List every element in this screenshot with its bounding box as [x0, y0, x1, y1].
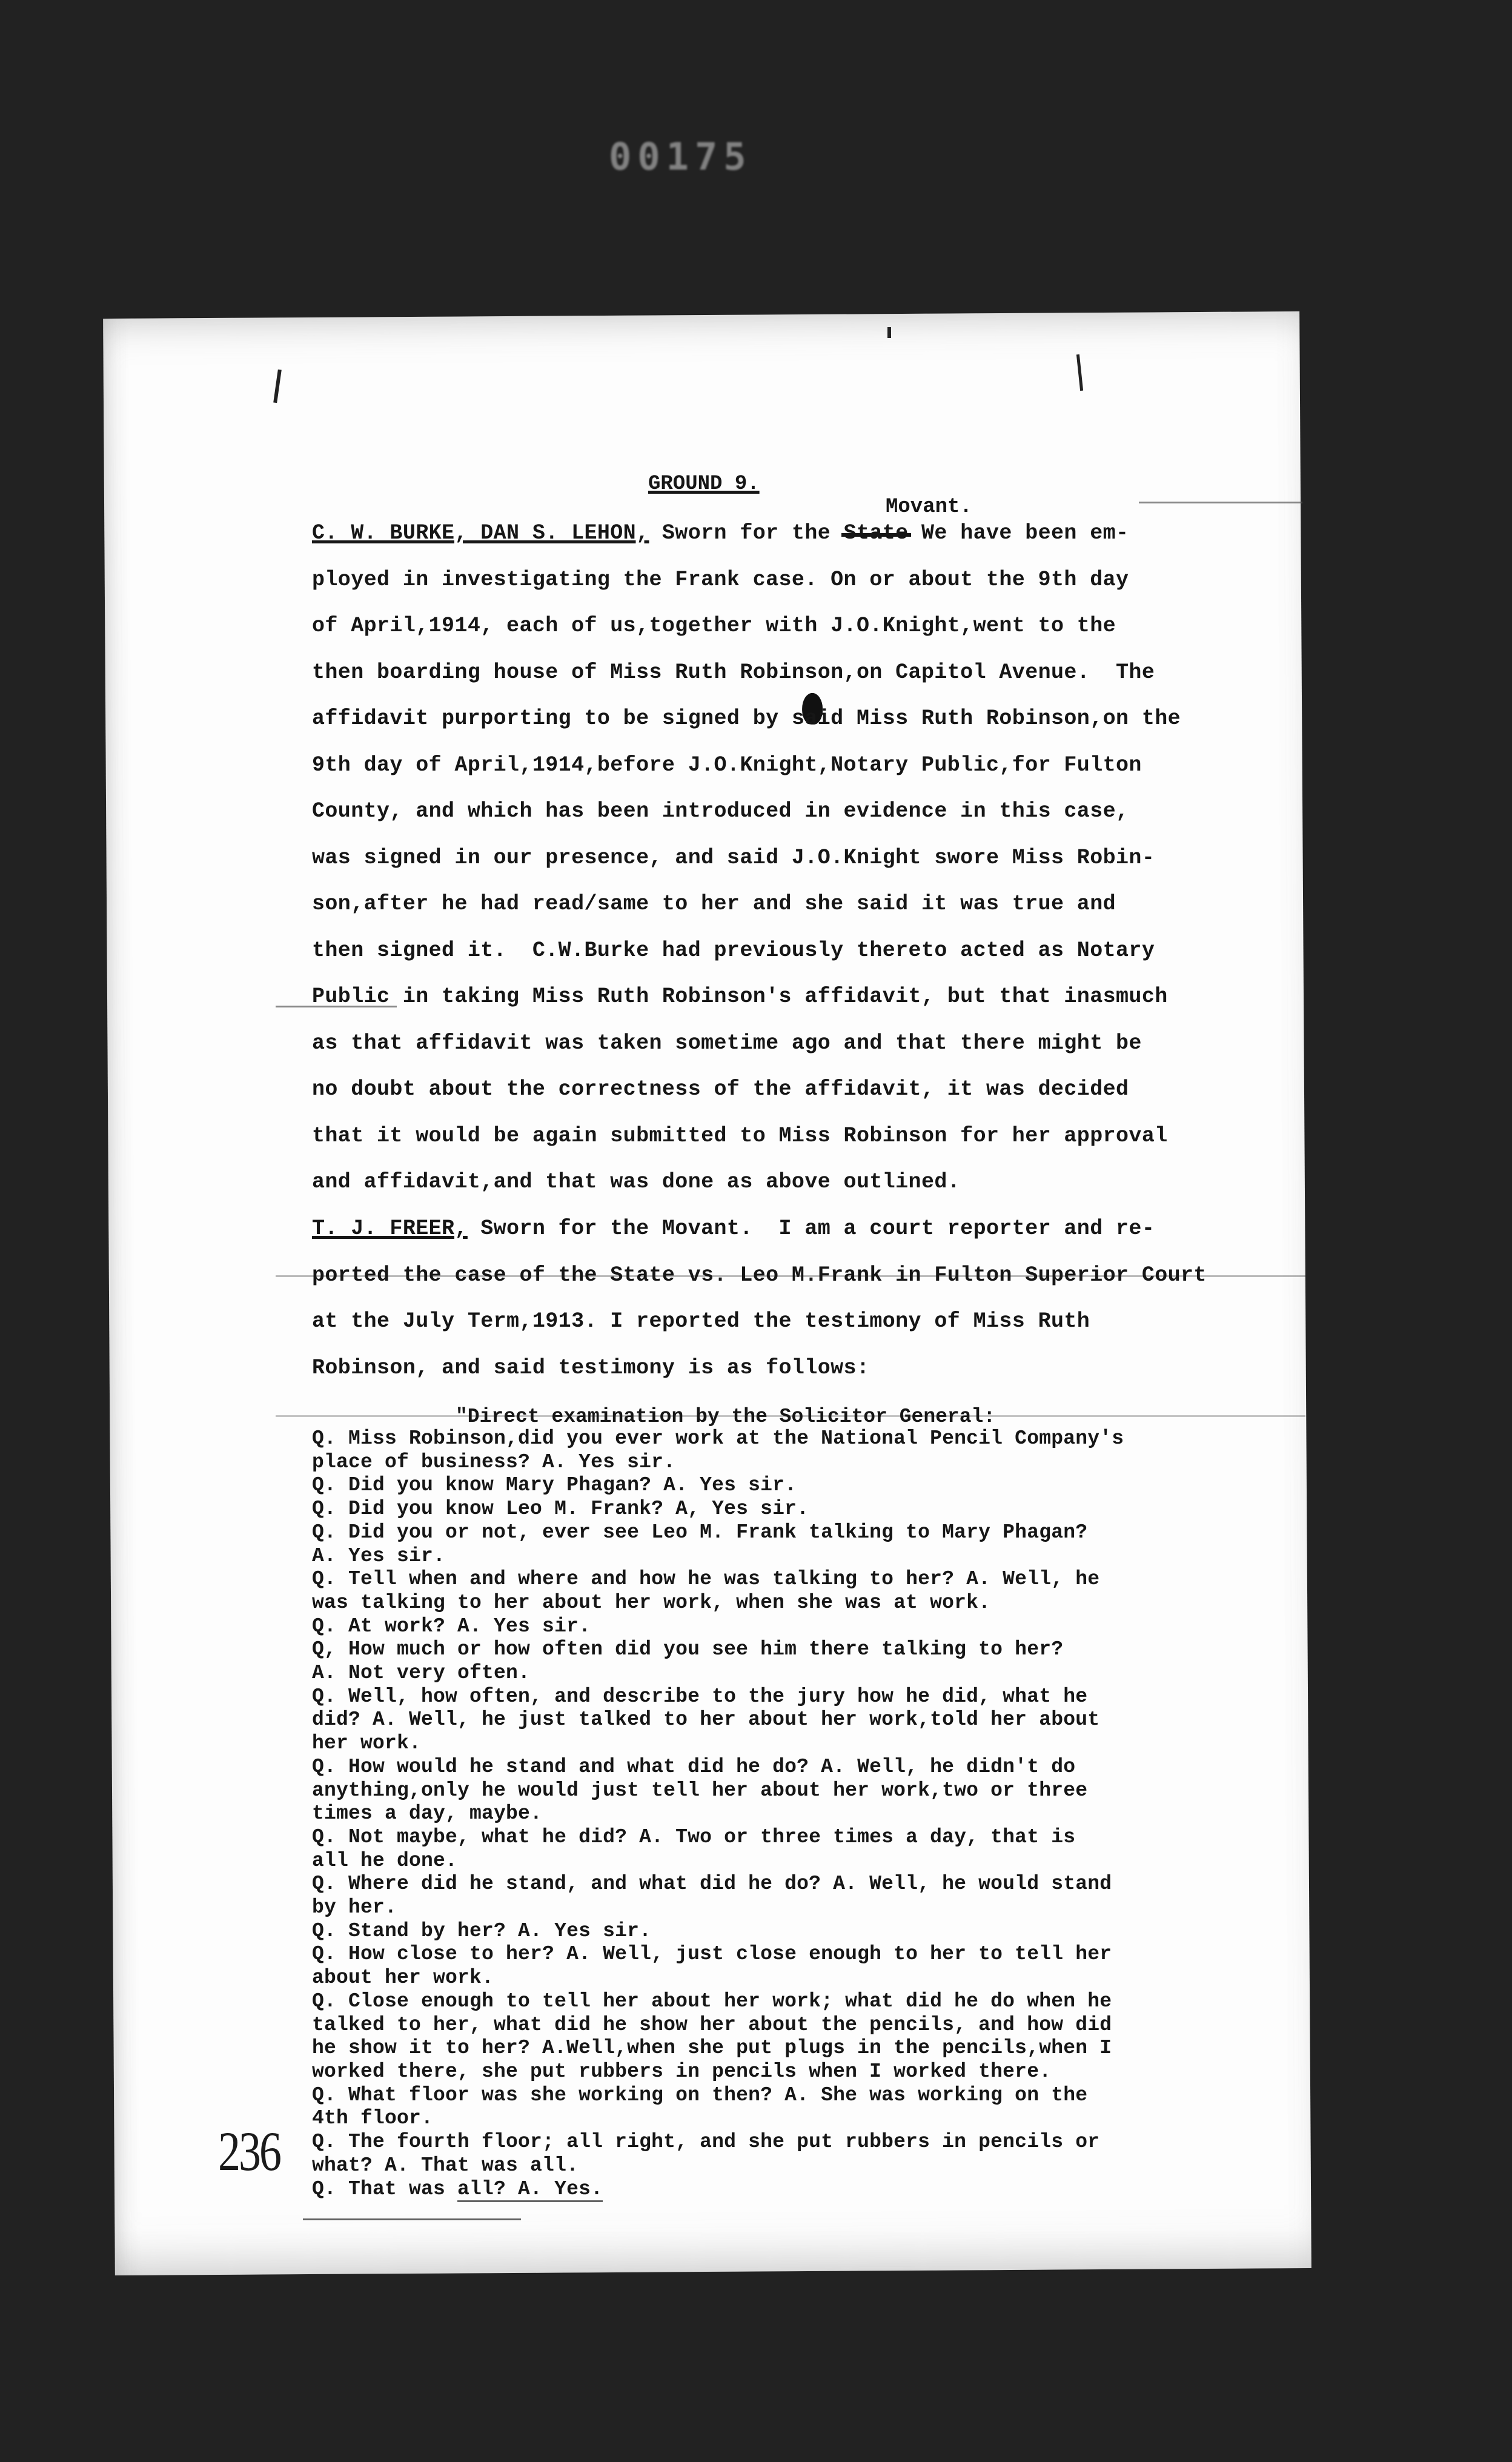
- examination-heading: "Direct examination by the Solicitor Gen…: [456, 1405, 995, 1428]
- qa-line: Q. How close to her? A. Well, just close…: [312, 1943, 1293, 1966]
- text-line: as that affidavit was taken sometime ago…: [312, 1020, 1281, 1067]
- qa-line: Q. Where did he stand, and what did he d…: [312, 1873, 1293, 1896]
- witness-name: T. J. FREER,: [312, 1216, 468, 1241]
- rule-line: [303, 2218, 521, 2220]
- text-line: County, and which has been introduced in…: [312, 788, 1281, 835]
- qa-line: by her.: [312, 1896, 1293, 1920]
- qa-line: Q. Not maybe, what he did? A. Two or thr…: [312, 1826, 1293, 1850]
- first-line: C. W. BURKE, DAN S. LEHON, Sworn for the…: [312, 510, 1281, 557]
- text-line: then signed it. C.W.Burke had previously…: [312, 927, 1281, 974]
- qa-line: about her work.: [312, 1966, 1293, 1990]
- qa-line: place of business? A. Yes sir.: [312, 1451, 1293, 1475]
- freer-testimony: T. J. FREER, Sworn for the Movant. I am …: [312, 1206, 1281, 1391]
- text-line: Robinson, and said testimony is as follo…: [312, 1345, 1281, 1392]
- ground-heading: GROUND 9.: [648, 473, 760, 496]
- qa-line: Q. At work? A. Yes sir.: [312, 1615, 1293, 1639]
- qa-line: Q. Stand by her? A. Yes sir.: [312, 1920, 1293, 1943]
- sworn-text: Sworn for the Movant. I am a court repor…: [468, 1216, 1155, 1241]
- text-line: was signed in our presence, and said J.O…: [312, 835, 1281, 881]
- qa-line: Q. Did you know Mary Phagan? A. Yes sir.: [312, 1474, 1293, 1498]
- qa-line: he show it to her? A.Well,when she put p…: [312, 2037, 1293, 2060]
- qa-line: talked to her, what did he show her abou…: [312, 2014, 1293, 2037]
- witness-names: C. W. BURKE, DAN S. LEHON,: [312, 521, 649, 545]
- text-line: that it would be again submitted to Miss…: [312, 1113, 1281, 1160]
- qa-line: all he done.: [312, 1850, 1293, 1873]
- qa-line: Q. Miss Robinson,did you ever work at th…: [312, 1427, 1293, 1451]
- text-line: ployed in investigating the Frank case. …: [312, 557, 1281, 603]
- text-line: of April,1914, each of us,together with …: [312, 603, 1281, 649]
- film-frame-number: 00175: [609, 134, 752, 179]
- qa-line: Q. How would he stand and what did he do…: [312, 1756, 1293, 1779]
- text-line: affidavit purporting to be signed by sai…: [312, 695, 1281, 742]
- qa-line: 4th floor.: [312, 2107, 1293, 2131]
- qa-line: Q. Close enough to tell her about her wo…: [312, 1990, 1293, 2014]
- rule-line: [1139, 502, 1302, 503]
- text-line: no doubt about the correctness of the af…: [312, 1066, 1281, 1113]
- qa-line: Q. The fourth floor; all right, and she …: [312, 2131, 1293, 2154]
- struck-word: State: [844, 521, 909, 545]
- examination-transcript: Q. Miss Robinson,did you ever work at th…: [312, 1427, 1293, 2201]
- sworn-text-rest: We have been em-: [909, 521, 1129, 545]
- text-line: son,after he had read/same to her and sh…: [312, 881, 1281, 927]
- sworn-text: Sworn for the: [649, 521, 844, 545]
- qa-line: Q. Well, how often, and describe to the …: [312, 1685, 1293, 1709]
- margin-mark: [887, 327, 891, 338]
- qa-line: A. Yes sir.: [312, 1545, 1293, 1568]
- qa-line: did? A. Well, he just talked to her abou…: [312, 1708, 1293, 1732]
- qa-line: anything,only he would just tell her abo…: [312, 1779, 1293, 1803]
- qa-line: what? A. That was all.: [312, 2154, 1293, 2178]
- burke-lehon-testimony: C. W. BURKE, DAN S. LEHON, Sworn for the…: [312, 510, 1281, 1206]
- text-line: and affidavit,and that was done as above…: [312, 1159, 1281, 1206]
- qa-line: worked there, she put rubbers in pencils…: [312, 2060, 1293, 2084]
- first-line: T. J. FREER, Sworn for the Movant. I am …: [312, 1206, 1281, 1252]
- text-line: Public in taking Miss Ruth Robinson's af…: [312, 974, 1281, 1020]
- qa-line: Q. Did you know Leo M. Frank? A, Yes sir…: [312, 1498, 1293, 1521]
- text-line: at the July Term,1913. I reported the te…: [312, 1298, 1281, 1345]
- page-number: 236: [218, 2120, 280, 2184]
- qa-line: A. Not very often.: [312, 1662, 1293, 1685]
- text-line: 9th day of April,1914,before J.O.Knight,…: [312, 742, 1281, 789]
- qa-line: Q. Did you or not, ever see Leo M. Frank…: [312, 1521, 1293, 1545]
- qa-line: times a day, maybe.: [312, 1802, 1293, 1826]
- qa-line: Q. That was all? A. Yes.: [312, 2178, 1293, 2202]
- qa-line: was talking to her about her work, when …: [312, 1591, 1293, 1615]
- qa-line: Q, How much or how often did you see him…: [312, 1638, 1293, 1662]
- text-line: ported the case of the State vs. Leo M.F…: [312, 1252, 1281, 1299]
- qa-line: her work.: [312, 1732, 1293, 1756]
- qa-line: Q. Tell when and where and how he was ta…: [312, 1568, 1293, 1591]
- qa-line: Q. What floor was she working on then? A…: [312, 2084, 1293, 2108]
- text-line: then boarding house of Miss Ruth Robinso…: [312, 649, 1281, 696]
